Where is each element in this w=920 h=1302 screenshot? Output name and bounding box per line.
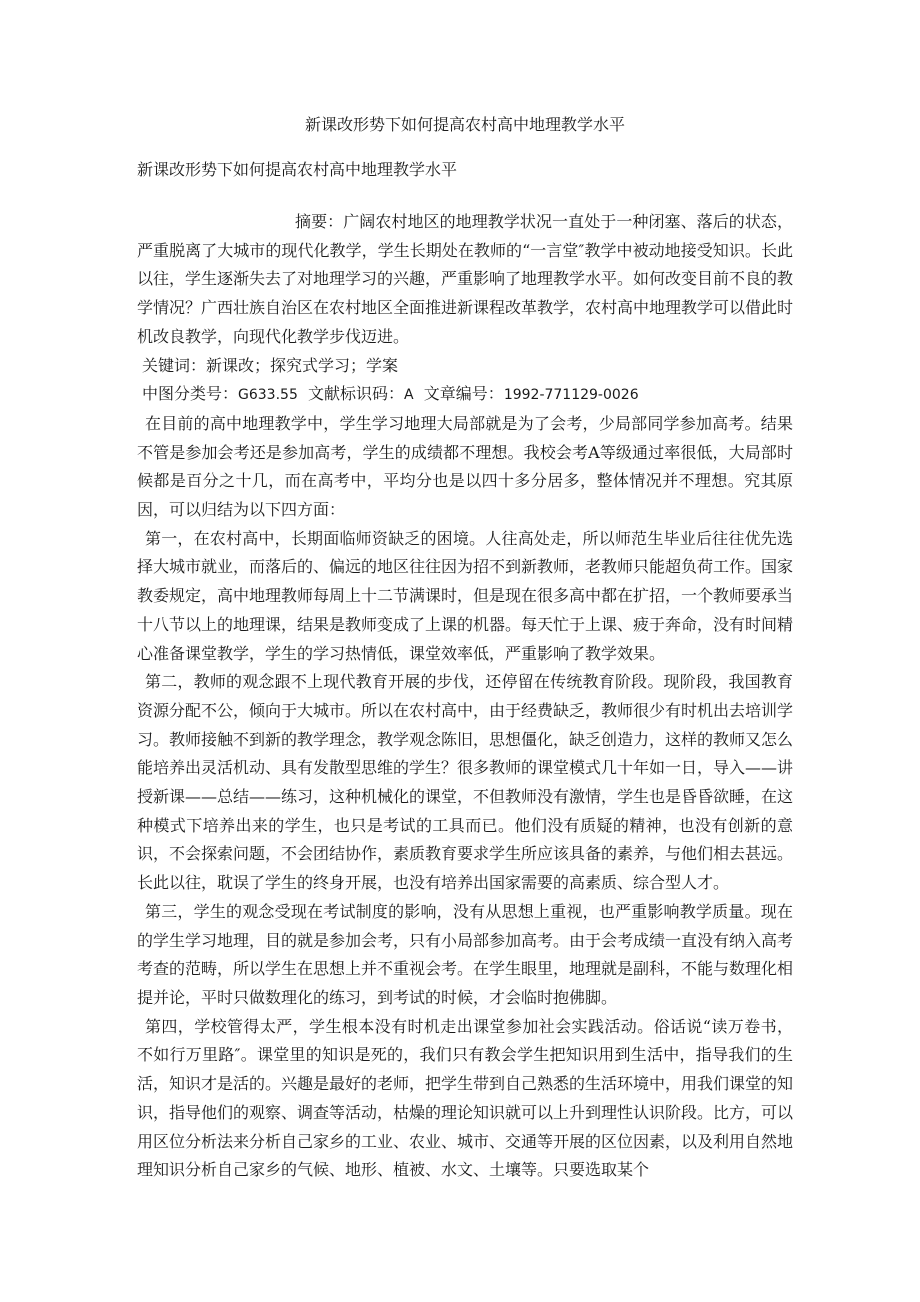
doc-code-value: A <box>404 387 414 403</box>
body-paragraph-fourth: 第四，学校管得太严，学生根本没有时机走出课堂参加社会实践活动。俗话说“读万卷书，… <box>137 1013 793 1185</box>
abstract-paragraph: 摘要：广阔农村地区的地理教学状况一直处于一种闭塞、落后的状态，严重脱离了大城市的… <box>137 208 793 352</box>
document-body: 摘要：广阔农村地区的地理教学状况一直处于一种闭塞、落后的状态，严重脱离了大城市的… <box>137 208 793 1185</box>
doc-code-label: 文献标识码： <box>308 384 404 403</box>
clc-value: G633.55 <box>238 387 298 403</box>
body-paragraph-second: 第二，教师的观念跟不上现代教育开展的步伐，还停留在传统教育阶段。现阶段，我国教育… <box>137 668 793 898</box>
body-paragraph-third: 第三，学生的观念受现在考试制度的影响，没有从思想上重视，也严重影响教学质量。现在… <box>137 898 793 1013</box>
article-no-value: 1992-771129-0026 <box>504 387 639 403</box>
classification-line: 中图分类号：G633.55 文献标识码：A 文章编号：1992-771129-0… <box>137 380 793 410</box>
document-title: 新课改形势下如何提高农村高中地理教学水平 <box>137 114 793 136</box>
keywords-line: 关键词：新课改；探究式学习；学案 <box>137 352 793 381</box>
body-paragraph-first: 第一，在农村高中，长期面临师资缺乏的困境。人往高处走，所以师范生毕业后往往优先选… <box>137 525 793 669</box>
body-paragraph-intro: 在目前的高中地理教学中，学生学习地理大局部就是为了会考，少局部同学参加高考。结果… <box>137 410 793 525</box>
article-no-label: 文章编号： <box>424 384 504 403</box>
document-subtitle: 新课改形势下如何提高农村高中地理教学水平 <box>137 159 457 181</box>
clc-label: 中图分类号： <box>142 384 238 403</box>
